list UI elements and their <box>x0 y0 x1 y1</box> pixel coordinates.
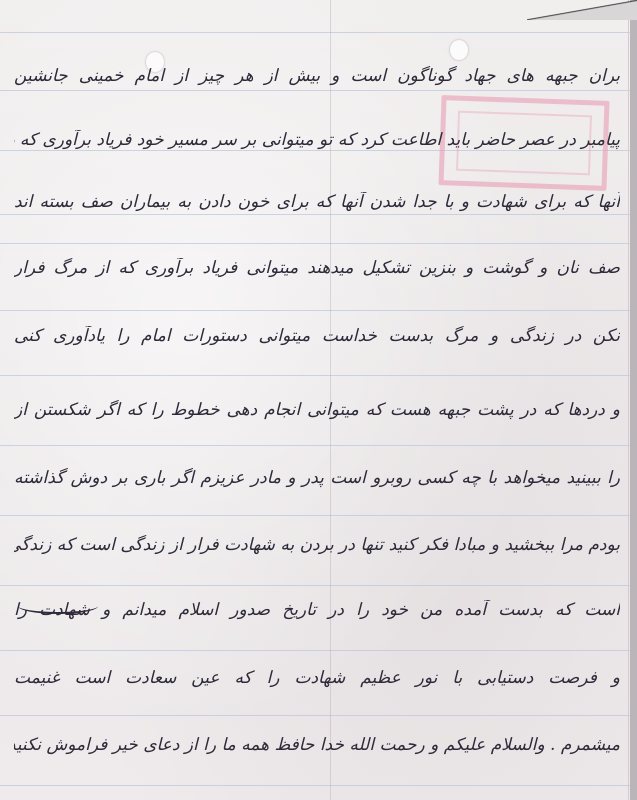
letter-page: بران جبهه های جهاد گوناگون است و بیش از … <box>0 0 630 800</box>
ruled-line <box>0 650 630 651</box>
folded-corner <box>527 0 637 20</box>
margin-line <box>628 0 629 800</box>
letter-line-10: و فرصت دستیابی با نور عظیم شهادت را که ع… <box>14 668 620 688</box>
letter-line-4: صف نان و گوشت و بنزین تشکیل میدهند میتوا… <box>14 258 620 278</box>
punch-hole <box>450 40 468 60</box>
ruled-line <box>0 715 630 716</box>
ruled-line <box>0 585 630 586</box>
ruled-line <box>0 375 630 376</box>
ruled-line <box>0 515 630 516</box>
letter-line-6: و دردها که در پشت جبهه هست که میتوانی ان… <box>14 400 620 420</box>
ruled-line <box>0 445 630 446</box>
scan-edge <box>630 0 637 800</box>
letter-line-1: بران جبهه های جهاد گوناگون است و بیش از … <box>14 66 620 86</box>
letter-line-9: است که بدست آمده من خود را در تاریخ صدور… <box>14 600 620 620</box>
letter-line-11: میشمرم . والسلام علیکم و رحمت الله خدا ح… <box>14 735 620 755</box>
ruled-line <box>0 243 630 244</box>
ruled-line <box>0 785 630 786</box>
letter-line-7: را ببینید میخواهد با چه کسی روبرو است پد… <box>14 468 620 488</box>
ruled-line <box>0 310 630 311</box>
letter-line-2: پیامبر در عصر حاضر باید اطاعت کرد که تو … <box>14 130 620 150</box>
ruled-line <box>0 214 630 215</box>
letter-line-3: آنها که برای شهادت و با جدا شدن آنها که … <box>14 192 620 212</box>
letter-line-8: بودم مرا ببخشید و مبادا فکر کنید تنها در… <box>14 535 620 555</box>
letter-line-5: نکن در زندگی و مرگ بدست خداست میتوانی دس… <box>14 326 620 346</box>
strikethrough-mark <box>18 598 98 614</box>
ruled-line <box>0 32 630 33</box>
ruled-line <box>0 90 630 91</box>
